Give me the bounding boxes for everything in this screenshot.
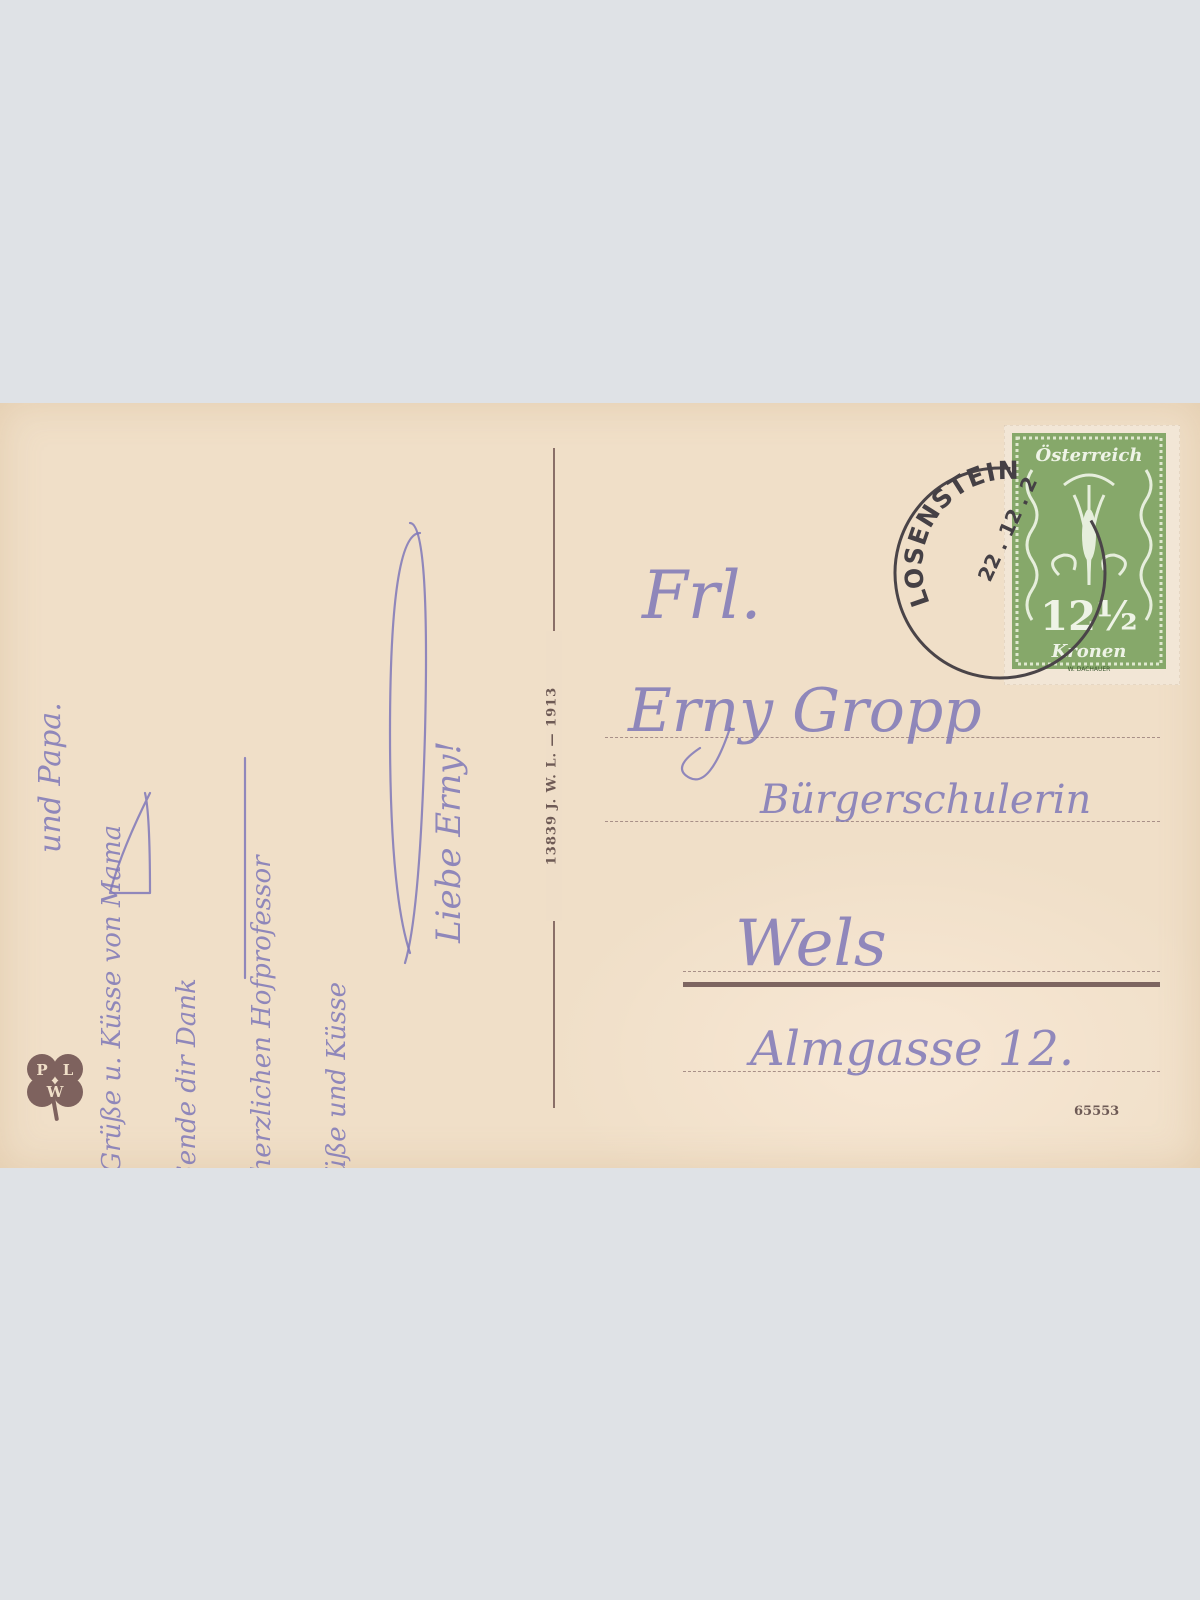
logo-letter-w: W [46, 1083, 65, 1101]
postmark-date: 22 . 12 . 2 [973, 473, 1042, 585]
address-line-1 [605, 737, 1160, 738]
address-occupation: Bürgerschulerin [759, 777, 1091, 823]
serial-number: 65553 [1074, 1104, 1119, 1119]
postmark-cancellation: LOSENSTEIN 22 . 12 . 2 [890, 443, 1140, 683]
address-line-2 [605, 821, 1160, 822]
address-name: Erny Gropp [627, 676, 982, 746]
flourish-stroke [682, 728, 730, 779]
address-salutation: Frl. [641, 557, 761, 634]
logo-letter-l: L [63, 1061, 74, 1079]
publisher-imprint: 13839 J. W. L. — 1913 [545, 687, 560, 865]
message-line-4: viele Grüße u. Küsse von Mama [97, 825, 127, 1168]
message-line-1: Viele Grüße und Küsse [322, 982, 352, 1168]
message-greeting: Liebe Erny! [429, 741, 469, 944]
address-street: Almgasse 12. [746, 1021, 1074, 1077]
message-line-2: von deiner herzlichen Hofprofessor [247, 854, 277, 1168]
message-line-5: und Papa. [33, 702, 68, 853]
message-line-3: Sende dir Dank [172, 978, 202, 1168]
long-loop-stroke [390, 533, 420, 953]
postcard: 13839 J. W. L. — 1913 65553 P L W [0, 403, 1200, 1168]
logo-letter-p: P [36, 1061, 47, 1079]
address-city: Wels [735, 907, 887, 981]
address-underline-thick [683, 982, 1160, 987]
address-line-4 [683, 1071, 1160, 1072]
address-line-3 [683, 971, 1160, 972]
publisher-clover-logo-icon: P L W [22, 1049, 88, 1123]
